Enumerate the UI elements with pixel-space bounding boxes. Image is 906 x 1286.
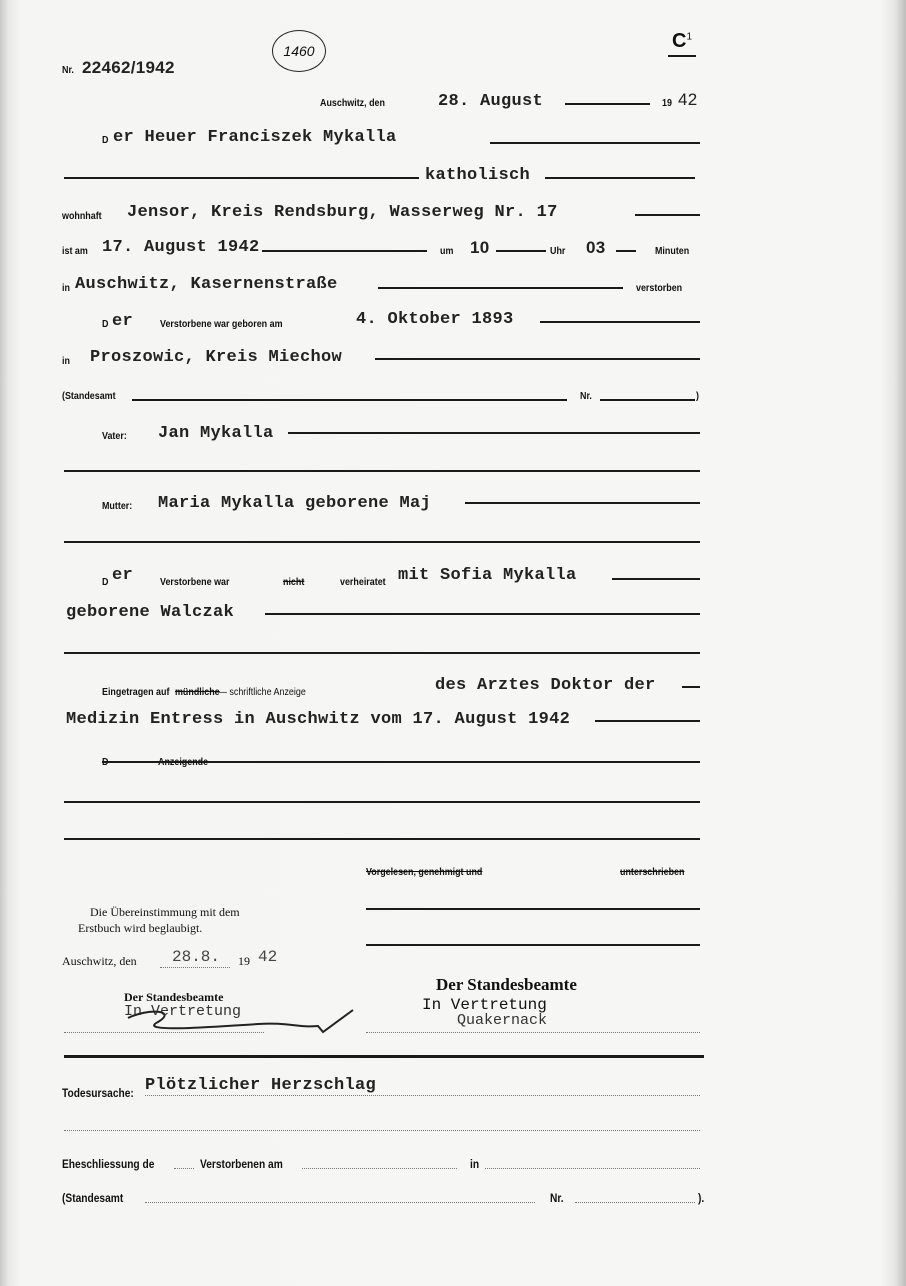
footer-registry-line (145, 1202, 535, 1203)
marriage-in-label: in (470, 1157, 479, 1171)
hour-label: Uhr (550, 245, 565, 257)
mother-name: Maria Mykalla geborene Maj (158, 494, 431, 513)
death-date-label: ist am (62, 245, 88, 257)
father-line (288, 432, 700, 434)
death-place-label: in (62, 282, 70, 294)
right-signature-line (366, 1032, 700, 1033)
registration-label-end: — schriftliche Anzeige (218, 686, 306, 698)
certification-text: Die Übereinstimmung mit dem Erstbuch wir… (90, 904, 240, 936)
marriage-prefix: D (102, 576, 108, 588)
minute-label: Minuten (655, 245, 689, 257)
informant-line (102, 761, 700, 763)
birth-registry-nr-line (600, 399, 695, 401)
residence-label: wohnhaft (62, 210, 102, 222)
spouse-line (612, 578, 700, 580)
registration-text-2: Medizin Entress in Auschwitz vom 17. Aug… (66, 710, 570, 729)
form-code: C1 (672, 30, 692, 53)
registration-label-start: Eingetragen auf (102, 686, 169, 698)
footer-registry-close: ). (698, 1191, 704, 1205)
form-code-underline (668, 55, 696, 57)
informant-line-3 (64, 838, 700, 840)
informant-line-2 (64, 801, 700, 803)
register-number: 22462/1942 (82, 58, 175, 78)
birth-prefix: D (102, 318, 108, 330)
mother-line (465, 502, 700, 504)
cert-year-prefix: 19 (238, 954, 250, 969)
birth-registry-line (132, 399, 567, 401)
left-signature-line (64, 1032, 264, 1033)
father-label: Vater: (102, 430, 127, 442)
footer-registry-nr-line (575, 1202, 695, 1203)
footer-registry-label: (Standesamt (62, 1191, 123, 1205)
spouse-line-3 (64, 652, 700, 654)
death-date-line (262, 250, 427, 252)
birth-date: 4. Oktober 1893 (356, 310, 514, 329)
marriage-record-label-2: Verstorbenen am (200, 1157, 283, 1171)
marriage-record-label: Eheschliessung de (62, 1157, 154, 1171)
birth-place-label: in (62, 355, 70, 367)
birth-suffix: er (112, 312, 133, 331)
died-label: verstorben (636, 282, 682, 294)
cause-label: Todesursache: (62, 1086, 134, 1100)
married-label: verheiratet (340, 576, 386, 588)
spouse-line-2 (265, 613, 700, 615)
father-line-2 (64, 470, 700, 472)
death-certificate-page: C1 Nr. 22462/1942 1460 Auschwitz, den 28… (0, 0, 906, 1286)
death-place-line (378, 287, 623, 289)
registration-struck-oral: mündliche (175, 686, 220, 698)
birth-label: Verstorbene war geboren am (160, 318, 283, 330)
hour-line (496, 250, 546, 252)
death-hour: 10 (470, 238, 490, 258)
mother-line-2 (64, 541, 700, 543)
cert-date-line (160, 967, 230, 968)
marriage-record-de-line (174, 1168, 194, 1169)
residence: Jensor, Kreis Rendsburg, Wasserweg Nr. 1… (127, 203, 558, 222)
birth-place: Proszowic, Kreis Miechow (90, 348, 342, 367)
marriage-suffix: er (112, 566, 133, 585)
deceased-name: er Heuer Franciszek Mykalla (113, 128, 397, 147)
birth-registry-close: ) (696, 390, 699, 402)
register-label: Nr. (62, 64, 74, 76)
time-label-um: um (440, 245, 453, 257)
signed-label: unterschrieben (620, 866, 684, 878)
place-date-label: Auschwitz, den (320, 97, 385, 109)
death-date: 17. August 1942 (102, 238, 260, 257)
religion-line-right (545, 177, 695, 179)
birth-place-line (375, 358, 700, 360)
death-minute: 03 (586, 238, 606, 258)
deceased-prefix: D (102, 134, 108, 146)
residence-line (635, 214, 700, 216)
registration-line-1 (682, 686, 700, 688)
mother-label: Mutter: (102, 500, 132, 512)
marriage-label: Verstorbene war (160, 576, 229, 588)
spouse-name: mit Sofia Mykalla (398, 566, 577, 585)
marriage-place-line (485, 1168, 700, 1169)
read-approved-label: Vorgelesen, genehmigt und (366, 866, 482, 878)
marriage-struck-nicht: nicht (283, 576, 304, 588)
name-line (490, 142, 700, 144)
spouse-maiden-name: geborene Walczak (66, 603, 234, 622)
birth-date-line (540, 321, 700, 323)
death-place: Auschwitz, Kasernenstraße (75, 275, 338, 294)
signature-line-2 (366, 944, 700, 946)
registration-text-1: des Arztes Doktor der (435, 676, 656, 695)
cause-line (145, 1095, 700, 1096)
cause-line-2 (64, 1130, 700, 1131)
right-official-title: Der Standesbeamte (436, 975, 577, 995)
cause-of-death: Plötzlicher Herzschlag (145, 1076, 376, 1095)
cert-place-label: Auschwitz, den (62, 954, 137, 969)
circled-number: 1460 (272, 30, 326, 72)
right-signatory-name: Quakernack (457, 1012, 547, 1029)
year-suffix: 42 (678, 90, 698, 110)
year-prefix: 19 (662, 97, 672, 109)
footer-registry-nr: Nr. (550, 1191, 564, 1205)
signature-line-1 (366, 908, 700, 910)
marriage-date-line (302, 1168, 457, 1169)
cert-date: 28.8. (172, 948, 220, 966)
registration-line-2 (595, 720, 700, 722)
religion-line-left (64, 177, 419, 179)
birth-registry-label: (Standesamt (62, 390, 116, 402)
birth-registry-nr-label: Nr. (580, 390, 592, 402)
religion: katholisch (425, 166, 530, 185)
father-name: Jan Mykalla (158, 424, 274, 443)
date-line (565, 103, 650, 105)
minute-line (616, 250, 636, 252)
section-divider (64, 1055, 704, 1058)
certificate-date: 28. August (438, 92, 543, 111)
cert-year: 42 (258, 948, 277, 966)
